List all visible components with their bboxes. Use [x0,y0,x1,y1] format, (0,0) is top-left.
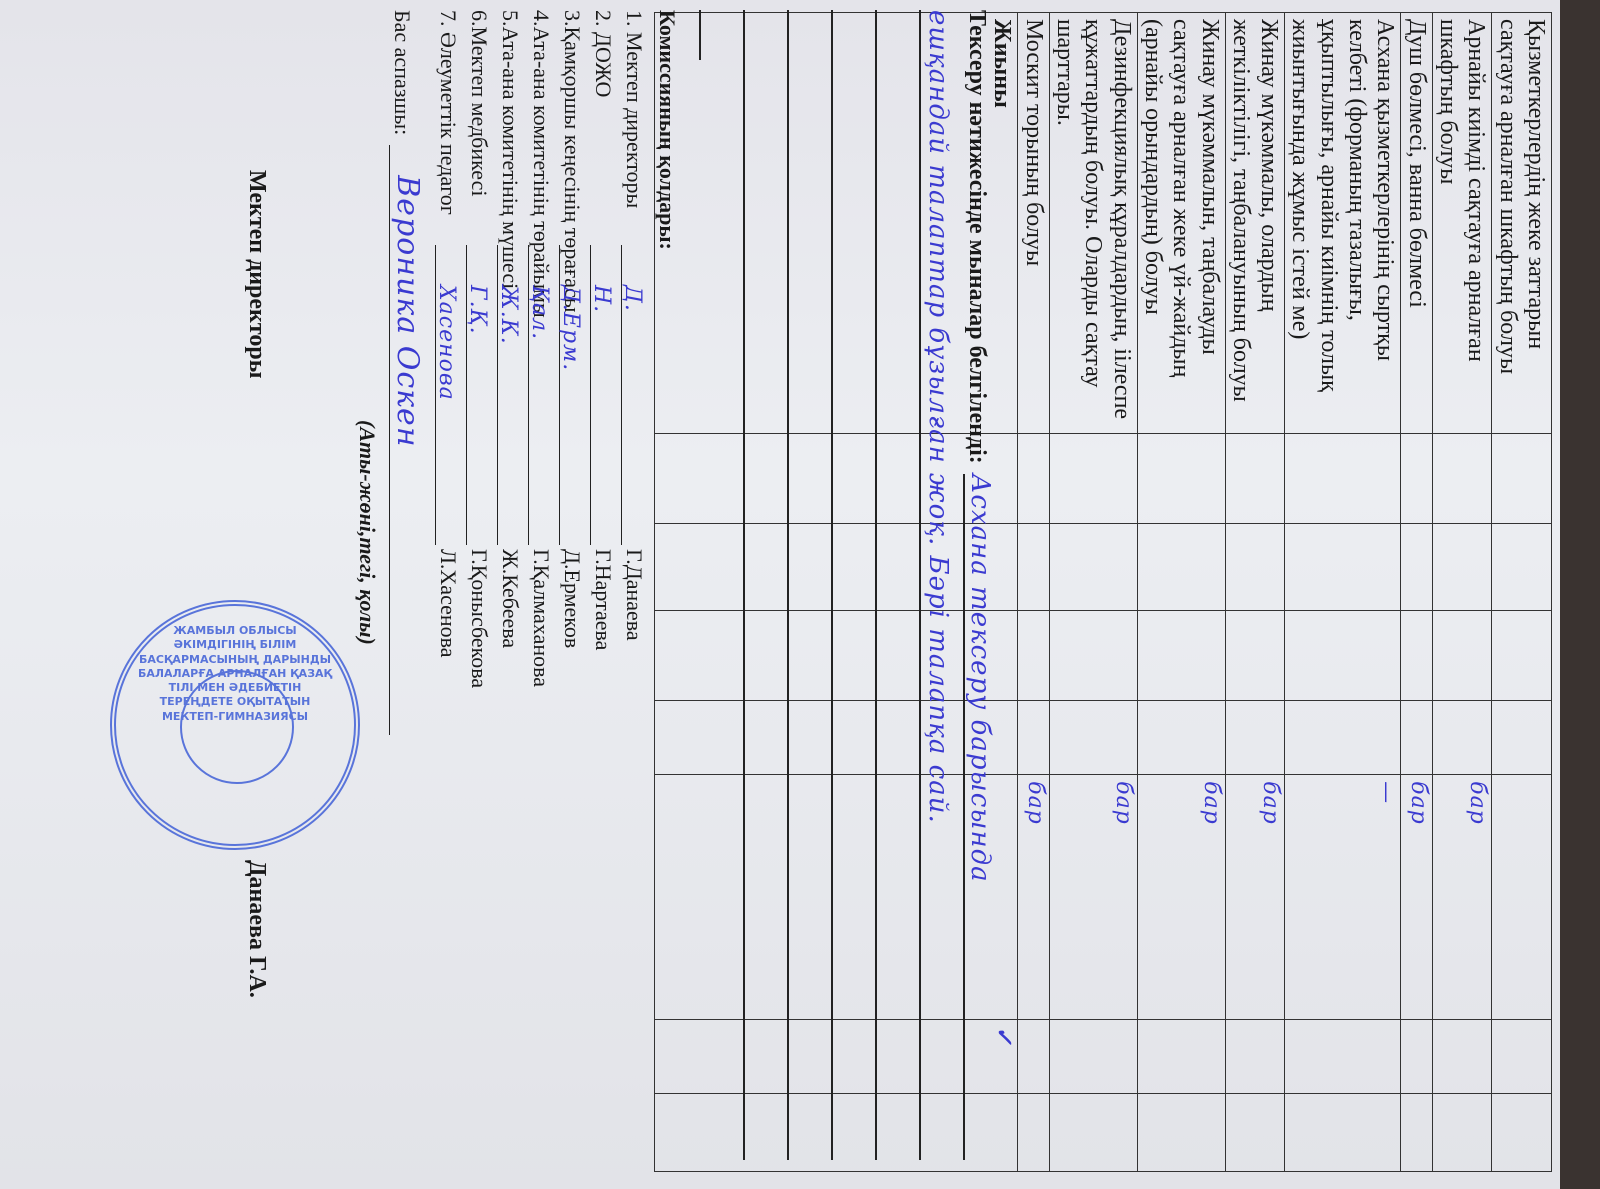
member-name: Л.Хасенова [435,549,461,658]
empty-cell [1492,1020,1552,1094]
table-row: Жинау мүкәммалы, олардың жеткіліктілігі,… [1225,13,1285,1172]
results-line [831,10,875,1160]
table-row: Дезинфекциялық құралдардың, іілеспе құжа… [1049,13,1137,1172]
empty-cell [1137,434,1225,524]
member-signature-line: Ж.К. [497,245,524,545]
commission-member: 6.Мектеп медбикесіГ.Қ.Г.Қонысбекова [466,10,497,1160]
commission-title: Комиссияның қолдары: [654,10,680,1160]
results-handwritten-line-1: Асхана тексеру барысында [963,474,995,1160]
member-role: 1. Мектеп директоры [621,10,647,245]
empty-cell [1401,524,1432,610]
document-page: Қызметкерлердің жеке заттарын сақтауға а… [0,0,1560,1189]
commission-member: 1. Мектеп директорыД.Г.Данаева [621,10,652,1160]
empty-cell [1432,524,1492,610]
empty-cell [1432,434,1492,524]
empty-cell [1018,434,1049,524]
table-row: Москит торының болуыбар [1018,13,1049,1172]
table-row: Арнайы киімді сақтауға арналған шкафтың … [1432,13,1492,1172]
empty-cell [1285,610,1401,700]
member-signature: Д.Ерм. [558,285,583,371]
head-chef-row: Бас аспазшы: Вероника Оскен [389,10,430,1160]
member-signature-line: Д.Ерм. [559,245,586,545]
empty-cell [1049,1093,1137,1171]
commission-member: 2. ДОЖОН.Г.Нартаева [590,10,621,1160]
empty-cell [1018,1020,1049,1094]
empty-cell [1225,524,1285,610]
criterion-cell: Москит торының болуы [1018,13,1049,434]
empty-cell [1225,701,1285,775]
empty-cell [1049,610,1137,700]
member-signature: Ж.К. [496,285,521,345]
empty-cell [1018,610,1049,700]
school-stamp: ЖАМБЫЛ ОБЛЫСЫ ӘКІМДІГІНІҢ БІЛІМ БАСҚАРМА… [110,600,360,850]
head-chef-signature-line: Вероника Оскен [389,145,430,735]
commission-member: 4.Ата-ана комитетінің төрайымыҚал.Г.Қалм… [528,10,559,1160]
empty-cell [1285,524,1401,610]
results-section: Тексеру нәтижесінде мыналар белгіленді: … [699,10,995,1160]
member-role: 2. ДОЖО [590,10,616,245]
head-chef-signature: Вероника Оскен [390,175,425,447]
commission-section: Комиссияның қолдары: 1. Мектеп директоры… [435,10,680,1160]
mark-cell: бар [1049,775,1137,1020]
empty-cell [1285,434,1401,524]
criterion-cell: Жинау мүкәммалы, олардың жеткіліктілігі,… [1225,13,1285,434]
empty-cell [1285,1020,1401,1094]
criterion-cell: Дезинфекциялық құралдардың, іілеспе құжа… [1049,13,1137,434]
table-row: Душ бөлмесі, ванна бөлмесібар [1401,13,1432,1172]
member-role: 6.Мектеп медбикесі [466,10,492,245]
empty-cell [1492,610,1552,700]
empty-cell [1225,434,1285,524]
commission-member: 3.Қамқоршы кеңесінің төрағасыД.Ерм.Д.Ерм… [559,10,590,1160]
director-title: Мектеп директоры [243,170,270,378]
mark-cell: — [1285,775,1401,1020]
criterion-cell: Душ бөлмесі, ванна бөлмесі [1401,13,1432,434]
member-signature: Қал. [527,285,552,340]
table-row: Жинау мүкәммалын, таңбалауды сақтауға ар… [1137,13,1225,1172]
results-handwritten-line-2: ешқандай талаптар бұзылған жоқ. Бәрі тал… [923,10,953,824]
empty-cell [1285,1093,1401,1171]
empty-cell [1401,610,1432,700]
empty-cell [1492,524,1552,610]
results-line [743,10,787,1160]
member-signature-line: Г.Қ. [466,245,493,545]
head-chef-caption: (Аты-жөні,тегі, қолы) [354,420,380,645]
mark-cell: бар [1018,775,1049,1020]
mark-cell: бар [1432,775,1492,1020]
criterion-cell: Асхана қызметкерлерінің сыртқы келбеті (… [1285,13,1401,434]
member-signature-line: Хасенова [435,245,462,545]
commission-member: 7. Әлеуметтік педагогХасеноваЛ.Хасенова [435,10,466,1160]
empty-cell [1137,701,1225,775]
empty-cell [1137,610,1225,700]
member-role: 7. Әлеуметтік педагог [435,10,461,245]
commission-member: 5.Ата-ана комитетінің мүшесіЖ.К.Ж.Кебеев… [497,10,528,1160]
mark-cell: бар [1137,775,1225,1020]
empty-cell [1049,1020,1137,1094]
criterion-cell: Жинау мүкәммалын, таңбалауды сақтауға ар… [1137,13,1225,434]
empty-cell [1049,524,1137,610]
empty-cell [1401,434,1432,524]
member-name: Г.Қалмаханова [528,549,554,687]
empty-cell [1225,610,1285,700]
director-name: Данаева Г.А. [243,860,270,998]
mark-cell [1492,775,1552,1020]
empty-cell [1285,701,1401,775]
empty-cell [1492,434,1552,524]
empty-cell [1401,1020,1432,1094]
table-row: Қызметкерлердің жеке заттарын сақтауға а… [1492,13,1552,1172]
results-label: Тексеру нәтижесінде мыналар белгіленді: [963,10,990,464]
empty-cell [1137,1093,1225,1171]
member-signature: Г.Қ. [465,285,490,335]
member-signature: Д. [620,285,645,312]
mark-cell: бар [1225,775,1285,1020]
results-line [787,10,831,1160]
member-signature-line: Н. [590,245,617,545]
member-signature-line: Д. [621,245,648,545]
member-name: Г.Қонысбекова [466,549,492,688]
empty-cell [1018,1093,1049,1171]
empty-cell [1018,701,1049,775]
results-line [875,10,919,1160]
empty-cell [1492,1093,1552,1171]
empty-cell [1432,701,1492,775]
member-role: 4.Ата-ана комитетінің төрайымы [528,10,554,245]
empty-cell [1432,1093,1492,1171]
empty-cell [1049,434,1137,524]
empty-cell [1401,701,1432,775]
empty-cell [1137,1020,1225,1094]
empty-cell [1432,1020,1492,1094]
empty-cell [1492,701,1552,775]
head-chef-label: Бас аспазшы: [389,10,415,135]
table-row: Асхана қызметкерлерінің сыртқы келбеті (… [1285,13,1401,1172]
member-signature: Хасенова [434,285,459,401]
stamp-text: ЖАМБЫЛ ОБЛЫСЫ ӘКІМДІГІНІҢ БІЛІМ БАСҚАРМА… [136,624,334,724]
criterion-cell: Арнайы киімді сақтауға арналған шкафтың … [1432,13,1492,434]
empty-cell [1049,701,1137,775]
empty-cell [1401,1093,1432,1171]
empty-cell [1137,524,1225,610]
criterion-cell: Қызметкерлердің жеке заттарын сақтауға а… [1492,13,1552,434]
member-name: Д.Ермеков [559,549,585,648]
empty-cell [1225,1093,1285,1171]
member-name: Г.Нартаева [590,549,616,650]
results-line: ешқандай талаптар бұзылған жоқ. Бәрі тал… [919,10,963,1160]
member-role: 3.Қамқоршы кеңесінің төрағасы [559,10,585,245]
member-name: Ж.Кебеева [497,549,523,648]
results-line [699,10,743,60]
member-role: 5.Ата-ана комитетінің мүшесі [497,10,523,245]
empty-cell [1225,1020,1285,1094]
empty-cell [1432,610,1492,700]
member-name: Г.Данаева [621,549,647,641]
member-signature: Н. [589,285,614,313]
mark-cell: бар [1401,775,1432,1020]
member-signature-line: Қал. [528,245,555,545]
empty-cell [1018,524,1049,610]
